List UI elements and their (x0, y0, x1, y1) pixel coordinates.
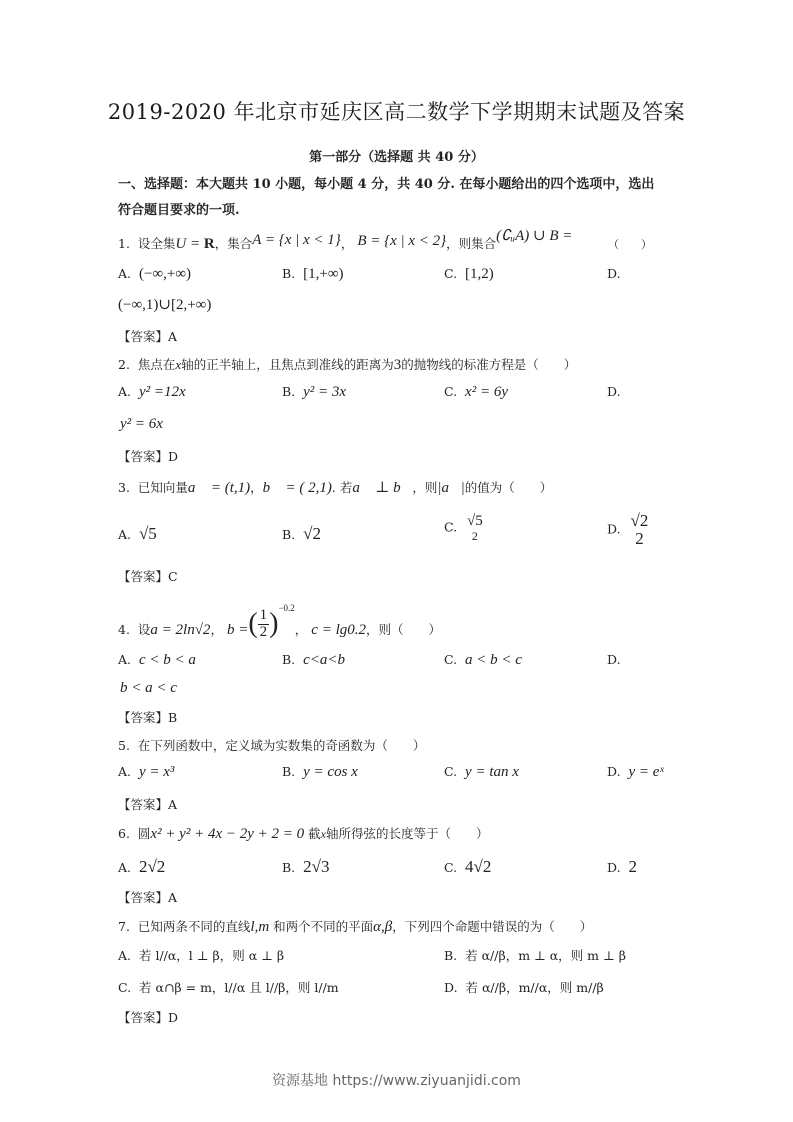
question-2-stem: 2. 焦点在x轴的正半轴上，且焦点到准线的距离为3的抛物线的标准方程是（ ） (118, 355, 576, 374)
part-heading: 第一部分（选择题 共 40 分） (0, 146, 793, 165)
stem-text: 轴所得弦的长度等于（ ） (326, 826, 489, 841)
option-label: C. (444, 384, 457, 399)
option-label: C. (444, 860, 457, 875)
math-expr: l,m (250, 919, 269, 935)
stem-text: ，则 (412, 480, 437, 495)
option-value: x² = 6y (465, 384, 508, 400)
option-label: C. (444, 520, 457, 535)
stem-text: 截 (308, 826, 321, 841)
question-7-option-c: C. 若 α∩β = m，l//α 且 l//β，则 l//m (118, 978, 339, 996)
question-4-stem: 4. 设a = 2ln√2， b =(12)−0.2， c = lg0.2，则（… (118, 598, 441, 635)
option-label: D. (607, 521, 621, 536)
question-5-option-a: A. y = x³ (118, 764, 174, 781)
fraction: √52 (465, 514, 485, 542)
instructions-line-1: 一、选择题：本大题共 10 小题，每小题 4 分，共 40 分. 在每小题给出的… (118, 172, 654, 198)
question-7-option-b: B. 若 α//β，m ⊥ α，则 m ⊥ β (444, 946, 626, 964)
denominator: 2 (258, 625, 270, 641)
question-6-stem: 6. 圆x² + y² + 4x − 2y + 2 = 0 截x轴所得弦的长度等… (118, 824, 489, 843)
option-value: y² = 3x (303, 384, 346, 400)
option-label: C. (118, 980, 131, 995)
question-7-option-d: D. 若 α//β，m//α，则 m//β (444, 978, 604, 996)
option-value: y² = 6x (120, 416, 163, 432)
option-label: B. (444, 948, 457, 963)
stem-text: ，则（ ） (366, 622, 441, 637)
option-label: A. (118, 384, 131, 399)
option-label: A. (118, 266, 131, 281)
question-4-option-d-label: D. (607, 652, 621, 667)
option-value: 2 (629, 857, 638, 876)
numerator: 1 (258, 608, 270, 625)
question-7-stem: 7. 已知两条不同的直线l,m 和两个不同的平面α,β，下列四个命题中错误的为（… (118, 917, 592, 936)
option-label: A. (118, 527, 131, 542)
stem-text: ， (295, 622, 308, 637)
stem-text: 焦点在 (138, 357, 176, 372)
stem-text: 的抛物线的标准方程是（ ） (401, 357, 576, 372)
option-value: [1,+∞) (303, 266, 343, 282)
fraction: 12 (258, 608, 270, 641)
stem-text: 已知两条不同的直线 (138, 919, 251, 934)
question-number: 3. (118, 480, 130, 495)
option-label: B. (282, 764, 295, 779)
option-value: y² =12x (139, 384, 186, 400)
option-value: 若 l//α，l ⊥ β，则 α ⊥ β (139, 948, 284, 963)
option-label: D. (607, 860, 621, 875)
question-5-option-b: B. y = cos x (282, 764, 358, 781)
math-expr: b = (227, 622, 248, 638)
math-expr: |a⃗| (437, 480, 464, 496)
option-label: A. (118, 764, 131, 779)
stem-text: ， (250, 480, 263, 495)
question-3-answer: 【答案】C (118, 567, 178, 585)
question-4-option-d-value: b < a < c (120, 680, 177, 697)
denominator: 2 (629, 530, 651, 548)
question-6-option-c: C. 4√2 (444, 857, 491, 877)
option-value: c<a<b (303, 652, 345, 668)
option-value: √5 (139, 524, 157, 543)
math-expr: U = (175, 236, 203, 252)
option-value: 2√3 (303, 857, 329, 876)
stem-text: 已知向量 (138, 480, 188, 495)
question-2-option-d-label: D. (607, 384, 621, 399)
option-value: y = tan x (465, 764, 519, 780)
answer-blank: （ ） (608, 236, 652, 252)
section-instructions: 一、选择题：本大题共 10 小题，每小题 4 分，共 40 分. 在每小题给出的… (118, 172, 654, 224)
stem-text: 设 (138, 622, 151, 637)
question-3-option-a: A. √5 (118, 524, 157, 544)
question-6-answer: 【答案】A (118, 888, 177, 906)
question-1-option-d-value: (−∞,1)∪[2,+∞) (118, 295, 211, 314)
option-label: C. (444, 764, 457, 779)
question-number: 1. (118, 236, 130, 251)
question-5-option-c: C. y = tan x (444, 764, 519, 781)
option-label: A. (118, 652, 131, 667)
math-expr: R (204, 236, 215, 252)
option-label: B. (282, 860, 295, 875)
option-value: 4√2 (465, 857, 491, 876)
document-title: 2019-2020 年北京市延庆区高二数学下学期期末试题及答案 (0, 96, 793, 126)
option-label: B. (282, 266, 295, 281)
question-1-option-b: B. [1,+∞) (282, 266, 344, 283)
question-2-option-d-value: y² = 6x (120, 416, 163, 433)
question-1-option-c: C. [1,2) (444, 266, 494, 283)
numerator: √5 (465, 514, 485, 530)
option-value: b < a < c (120, 680, 177, 696)
question-2-answer: 【答案】D (118, 447, 178, 465)
math-expr: a⃗ = (t,1) (188, 480, 250, 496)
question-number: 5. (118, 738, 130, 753)
math-expr: a⃗ ⊥ b⃗ (352, 480, 412, 496)
math-expr: a = 2ln√2 (150, 622, 210, 638)
question-number: 6. (118, 826, 130, 841)
exponent: −0.2 (278, 603, 294, 613)
question-2-option-a: A. y² =12x (118, 384, 186, 401)
stem-text: . 若 (332, 480, 352, 495)
option-label: C. (444, 652, 457, 667)
option-value: y = cos x (303, 764, 358, 780)
question-6-option-d: D. 2 (607, 857, 637, 877)
question-2-option-b: B. y² = 3x (282, 384, 346, 401)
option-value: a < b < c (465, 652, 522, 668)
math-expr: b⃗ = ( 2,1) (263, 480, 332, 496)
option-value: y = x³ (139, 764, 174, 780)
stem-text: 在下列函数中，定义域为实数集的奇函数为（ ） (138, 738, 426, 753)
math-expr: B = {x | x < 2} (357, 233, 446, 249)
math-expr: A = {x | x < 1} (252, 232, 341, 248)
question-number: 7. (118, 919, 130, 934)
numerator: √2 (629, 512, 651, 530)
option-label: C. (444, 266, 457, 281)
option-label: A. (118, 948, 131, 963)
stem-text: 的值为（ ） (465, 480, 553, 495)
stem-text: 设全集 (138, 236, 176, 251)
option-value: (−∞,1)∪[2,+∞) (118, 297, 211, 313)
question-3-option-d: D. √22 (607, 512, 650, 548)
fraction: √22 (629, 512, 651, 548)
question-7-option-a: A. 若 l//α，l ⊥ β，则 α ⊥ β (118, 946, 284, 964)
option-label: D. (444, 980, 458, 995)
option-label: B. (282, 652, 295, 667)
question-6-option-a: A. 2√2 (118, 857, 165, 877)
option-value: 若 α∩β = m，l//α 且 l//β，则 l//m (139, 980, 339, 995)
option-value: c < b < a (139, 652, 196, 668)
question-number: 2. (118, 357, 130, 372)
option-value: y = eˣ (629, 764, 664, 780)
question-1-option-d-label: D. (607, 266, 621, 281)
question-3-option-c: C. √52 (444, 514, 485, 542)
question-3-stem: 3. 已知向量a⃗ = (t,1)，b⃗ = ( 2,1). 若a⃗ ⊥ b⃗，… (118, 478, 552, 497)
option-label: D. (607, 764, 621, 779)
option-label: B. (282, 527, 295, 542)
stem-text: ， (341, 236, 354, 251)
stem-text: 圆 (138, 826, 151, 841)
option-value: 若 α//β，m ⊥ α，则 m ⊥ β (465, 948, 626, 963)
stem-text: ， (210, 622, 223, 637)
question-4-option-a: A. c < b < a (118, 652, 196, 669)
question-5-answer: 【答案】A (118, 795, 177, 813)
watermark-footer: 资源基地 https://www.ziyuanjidi.com (0, 1070, 793, 1090)
question-2-option-c: C. x² = 6y (444, 384, 508, 401)
math-expr: x² + y² + 4x − 2y + 2 = 0 (150, 826, 304, 842)
question-number: 4. (118, 622, 130, 637)
option-label: A. (118, 860, 131, 875)
denominator: 2 (465, 530, 485, 543)
question-1-option-a: A. (−∞,+∞) (118, 266, 191, 283)
instructions-line-2: 符合题目要求的一项. (118, 198, 654, 224)
question-3-option-b: B. √2 (282, 524, 321, 544)
math-expr: (∁ᵤA) ∪ B = (496, 228, 572, 244)
option-label: B. (282, 384, 295, 399)
question-1-answer: 【答案】A (118, 327, 177, 345)
question-6-option-b: B. 2√3 (282, 857, 329, 877)
math-expr: α,β (373, 919, 392, 935)
option-value: [1,2) (465, 266, 494, 282)
question-4-answer: 【答案】B (118, 708, 177, 726)
question-4-option-c: C. a < b < c (444, 652, 522, 669)
stem-text: 轴的正半轴上，且焦点到准线的距离为 (181, 357, 394, 372)
option-value: 2√2 (139, 857, 165, 876)
stem-text: ，则集合 (446, 236, 496, 251)
option-value: (−∞,+∞) (139, 266, 191, 282)
stem-text: ，集合 (215, 236, 253, 251)
option-value: 若 α//β，m//α，则 m//β (466, 980, 604, 995)
math-expr: c = lg0.2 (311, 622, 366, 638)
question-5-stem: 5. 在下列函数中，定义域为实数集的奇函数为（ ） (118, 736, 425, 754)
question-5-option-d: D. y = eˣ (607, 764, 664, 781)
stem-text: ，下列四个命题中错误的为（ ） (392, 919, 592, 934)
option-value: √2 (303, 524, 321, 543)
question-7-answer: 【答案】D (118, 1008, 178, 1026)
question-4-option-b: B. c<a<b (282, 652, 345, 669)
stem-text: 和两个不同的平面 (273, 919, 373, 934)
question-1-stem: 1. 设全集U = R，集合A = {x | x < 1}， B = {x | … (118, 234, 572, 253)
